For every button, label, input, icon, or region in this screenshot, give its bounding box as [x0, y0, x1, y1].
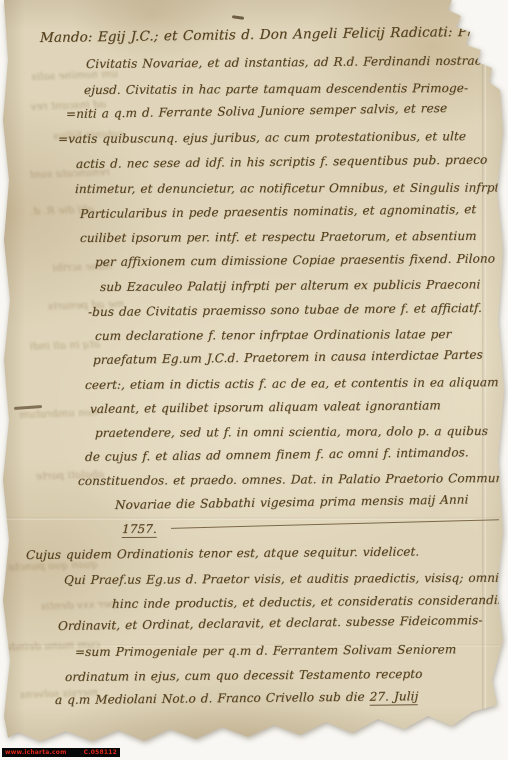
watermark-code-text: C.058112: [84, 750, 117, 756]
bleed-through-text: per xxv dentis: [10, 598, 116, 614]
text-line: praetendere, sed ut f. in omni scientia,…: [95, 424, 488, 440]
text-line: cum declaratione f. tenor infrptae Ordin…: [95, 327, 452, 343]
final-line: a q.m Mediolani Not.o d. Franco Crivello…: [55, 689, 419, 707]
text-line: ceert:, etiam in dictis actis f. ac de e…: [85, 375, 499, 392]
text-line: =niti a q.m d. Ferrante Soliva Juniore s…: [66, 101, 447, 121]
watermark-bar: www.icharta.com C.058112: [2, 748, 120, 757]
text-line: Qui Praef.us Eg.us d. Praetor visis, et …: [64, 571, 508, 587]
text-line: -bus dae Civitatis praemisso sono tubae …: [88, 301, 482, 319]
year-value: 1757.: [122, 522, 157, 538]
text-line: Particularibus in pede praesentis nomina…: [80, 202, 477, 221]
ink-speck: [232, 15, 244, 20]
underlined-date: 27. Julij: [369, 689, 418, 706]
text-line: de cujus f. et alias ad omnem finem f. a…: [85, 445, 469, 464]
manuscript-scan: um nomine salis ad inscant rev catanis S…: [0, 0, 508, 760]
text-line: sub Ezaculeo Palatij infrpti per alterum…: [100, 277, 481, 294]
text-line: Mando: Egij J.C.; et Comitis d. Don Ange…: [40, 23, 508, 46]
text-line: Novariae die Sabbathi vigesima prima men…: [115, 492, 469, 512]
bleed-through-text: atq in ali indi: [4, 338, 100, 353]
watermark-site-text: www.icharta.com: [5, 750, 67, 756]
text-line: actis d. nec sese ad idf. in his scripti…: [76, 153, 488, 171]
text-line: valeant, et quilibet ipsorum aliquam val…: [90, 398, 441, 416]
text-line: ejusd. Civitatis in hac parte tamquam de…: [84, 81, 469, 97]
text-line: =vatis quibuscunq. ejus juribus, ac cum …: [58, 129, 466, 146]
text-line: constituendos. et praedo. omnes. Dat. in…: [78, 471, 508, 488]
text-line: praefatum Eg.um J.C.d. Praetorem in caus…: [93, 348, 483, 367]
paper-sheet: um nomine salis ad inscant rev catanis S…: [0, 0, 508, 760]
text-line: cuilibet ipsorum per. intf. et respectu …: [80, 229, 477, 245]
text-line: =sum Primogeniale per q.m d. Ferrantem S…: [75, 642, 457, 659]
text-line: ordinatum in ejus, cum quo decessit Test…: [65, 667, 423, 684]
year-rule-stroke: [171, 519, 499, 529]
final-line-prefix: a q.m Mediolani Not.o d. Franco Crivello…: [55, 690, 370, 707]
margin-mark: [14, 405, 42, 410]
text-line: per affixionem cum dimissione Copiae pra…: [95, 252, 495, 269]
paper-shadow-wrap: um nomine salis ad inscant rev catanis S…: [0, 0, 508, 760]
year-line: 1757.: [122, 521, 499, 536]
text-line: Civitatis Novariae, et ad instantias, ad…: [86, 53, 508, 71]
text-line: Cujus quidem Ordinationis tenor est, atq…: [26, 545, 420, 562]
text-line: hinc inde productis, et deductis, et con…: [112, 593, 508, 611]
text-line: intimetur, et denuncietur, ac notificetu…: [75, 180, 508, 196]
horizontal-crease-1: [4, 517, 500, 520]
text-line: Ordinavit, et Ordinat, declaravit, et de…: [58, 613, 483, 633]
